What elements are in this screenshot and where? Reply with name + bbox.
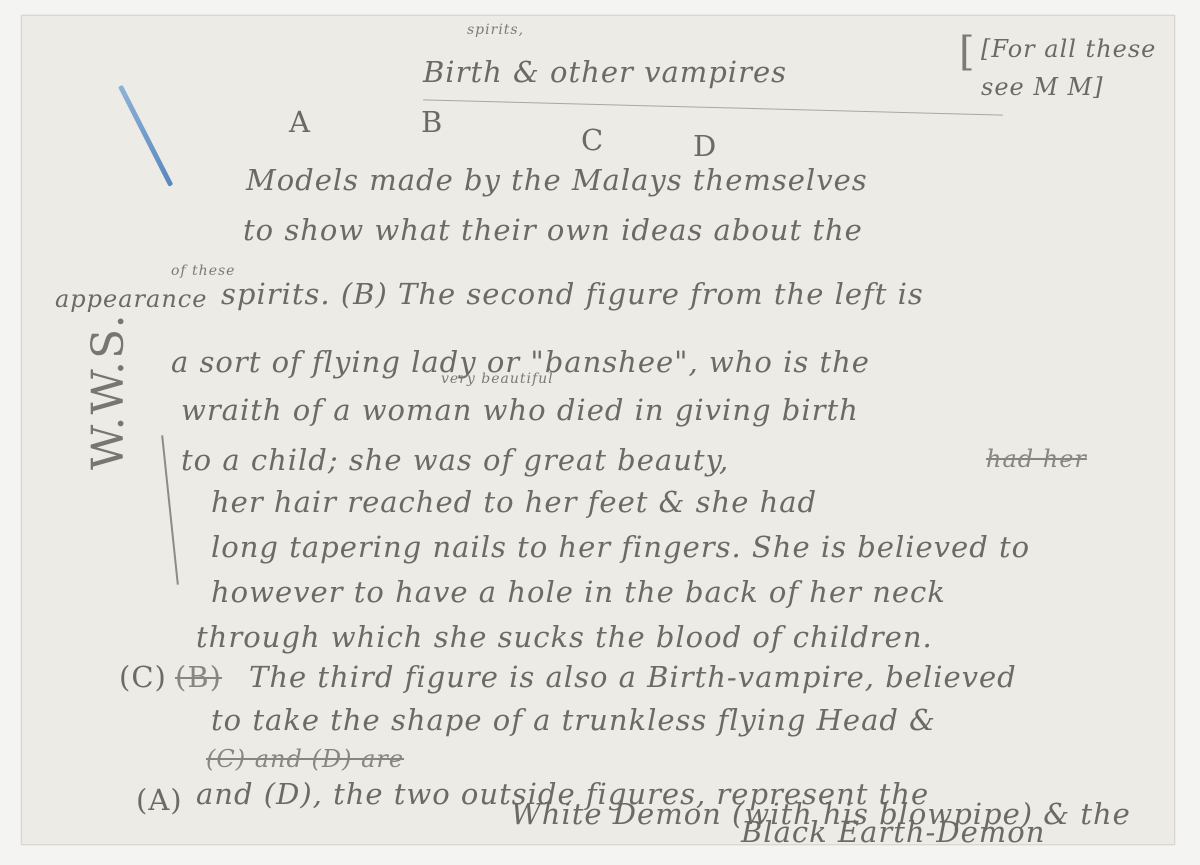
body-line: spirits. (B) The second figure from the … (221, 277, 924, 311)
heading-underline (423, 99, 1003, 115)
body-line: to a child; she was of great beauty, (181, 443, 729, 477)
figure-label-b: B (421, 105, 443, 139)
struck-line: (C) and (D) are (206, 745, 404, 773)
body-line-margin: appearance (55, 285, 207, 313)
body-line: her hair reached to her feet & she had (211, 485, 817, 519)
figure-label-c: C (581, 123, 604, 157)
margin-note-line2: see M M] (981, 73, 1104, 101)
body-line: however to have a hole in the back of he… (211, 575, 946, 609)
body-line: to show what their own ideas about the (243, 213, 863, 247)
heading-insertion: spirits, (467, 22, 524, 38)
body-line: wraith of a woman who died in giving bir… (181, 393, 859, 427)
figure-ref-label: (C) (119, 660, 167, 694)
body-line: long tapering nails to her fingers. She … (211, 530, 1030, 564)
insertion-note: very beautiful (441, 371, 554, 387)
struck-label: (B) (175, 660, 222, 694)
body-line: Models made by the Malays themselves (246, 163, 868, 197)
initials: W.W.S. (83, 312, 134, 470)
figure-label-a: A (289, 105, 311, 139)
margin-bracket-line (161, 435, 179, 584)
body-line: The third figure is also a Birth-vampire… (249, 660, 1017, 694)
note-card: spirits, Birth & other vampires [ [For a… (21, 15, 1175, 845)
margin-note-line1: [For all these (981, 35, 1156, 63)
body-line: to take the shape of a trunkless flying … (211, 703, 936, 737)
heading-title: Birth & other vampires (423, 55, 787, 89)
body-line: through which she sucks the blood of chi… (196, 620, 933, 654)
body-line: Black Earth-Demon (741, 815, 1045, 849)
figure-label-d: D (693, 129, 717, 163)
margin-note-bracket-open: [ (959, 29, 975, 75)
figure-ref-label: (A) (136, 783, 183, 817)
struck-text: had her (986, 445, 1087, 473)
blue-pencil-mark (118, 85, 173, 187)
